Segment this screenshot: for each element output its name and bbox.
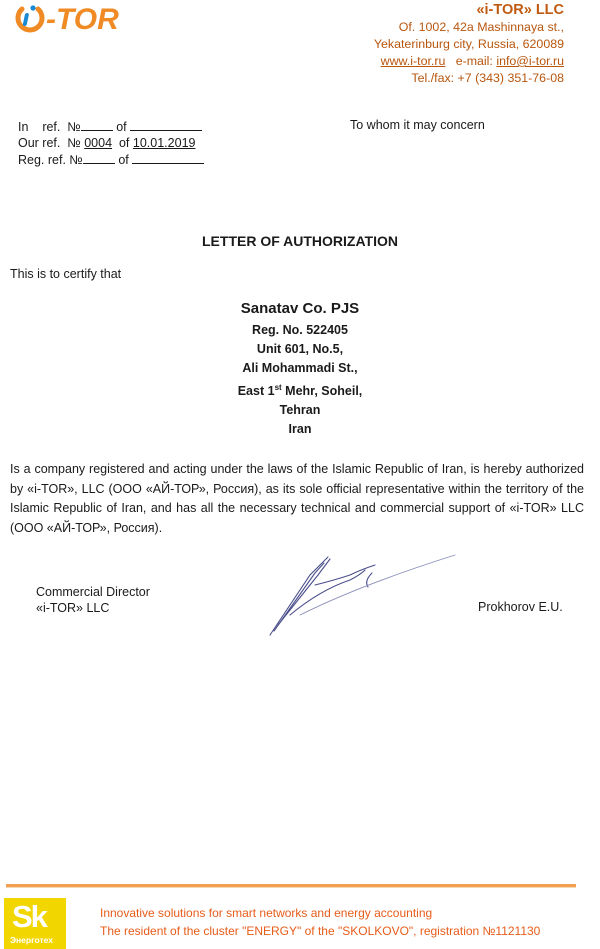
recipient: To whom it may concern xyxy=(350,118,485,132)
of-label: of xyxy=(119,136,129,150)
power-icon: -TOR xyxy=(12,0,152,36)
addressee-street: Ali Mohammadi St., xyxy=(0,359,600,378)
company-header: «i-TOR» LLC Of. 1002, 42a Mashinnaya st.… xyxy=(374,2,564,87)
of-label: of xyxy=(116,120,126,134)
email-link[interactable]: info@i-tor.ru xyxy=(496,54,564,68)
addressee-city: Tehran xyxy=(0,401,600,420)
reg-ref-line: Reg. ref. № of xyxy=(18,151,204,168)
signatory-company: «i-TOR» LLC xyxy=(36,600,150,616)
our-ref-line: Our ref. № 0004 of 10.01.2019 xyxy=(18,135,204,151)
company-name: «i-TOR» LLC xyxy=(374,2,564,19)
addressee-unit: Unit 601, No.5, xyxy=(0,340,600,359)
footer-line-1: Innovative solutions for smart networks … xyxy=(100,904,540,922)
certify-intro: This is to certify that xyxy=(10,267,121,281)
addressee-country: Iran xyxy=(0,420,600,439)
address-line-1: Of. 1002, 42a Mashinnaya st., xyxy=(374,19,564,36)
our-ref-number: 0004 xyxy=(84,136,112,150)
email-label: e-mail: xyxy=(456,54,493,68)
addressee-company: Sanatav Co. PJS xyxy=(0,297,600,321)
district-sup: st xyxy=(275,383,282,392)
our-ref-label: Our ref. № xyxy=(18,136,81,150)
signer-name: Prokhorov E.U. xyxy=(478,600,563,614)
handwritten-signature xyxy=(260,545,460,640)
footer-text: Innovative solutions for smart networks … xyxy=(100,904,540,940)
skolkovo-logo: Sk Энерготех xyxy=(4,898,66,949)
addressee-reg-no: Reg. No. 522405 xyxy=(0,321,600,340)
address-line-2: Yekaterinburg city, Russia, 620089 xyxy=(374,36,564,53)
website-link[interactable]: www.i-tor.ru xyxy=(381,54,446,68)
sk-sub: Энерготех xyxy=(10,935,53,945)
svg-text:-TOR: -TOR xyxy=(46,3,119,36)
signatory-position: Commercial Director xyxy=(36,584,150,600)
blank-field xyxy=(132,151,204,164)
blank-field xyxy=(81,118,113,131)
in-ref-line: In ref. № of xyxy=(18,118,204,135)
footer-divider xyxy=(6,884,576,888)
addressee-block: Sanatav Co. PJS Reg. No. 522405 Unit 601… xyxy=(0,297,600,439)
district-post: Mehr, Soheil, xyxy=(282,384,363,398)
district-pre: East 1 xyxy=(238,384,275,398)
of-label: of xyxy=(118,153,128,167)
phone: Tel./fax: +7 (343) 351-76-08 xyxy=(374,70,564,87)
our-ref-date: 10.01.2019 xyxy=(133,136,196,150)
blank-field xyxy=(83,151,115,164)
contact-line: www.i-tor.ru e-mail: info@i-tor.ru xyxy=(374,53,564,70)
itor-logo: -TOR xyxy=(12,0,152,36)
authorization-text: Is a company registered and acting under… xyxy=(10,460,584,538)
letter-title: LETTER OF AUTHORIZATION xyxy=(0,233,600,249)
addressee-district: East 1st Mehr, Soheil, xyxy=(0,378,600,401)
reg-ref-label: Reg. ref. № xyxy=(18,153,83,167)
signatory-title: Commercial Director «i-TOR» LLC xyxy=(36,584,150,616)
in-ref-label: In ref. № xyxy=(18,120,81,134)
reference-block: In ref. № of Our ref. № 0004 of 10.01.20… xyxy=(18,118,204,168)
blank-field xyxy=(130,118,202,131)
sk-mark: Sk xyxy=(12,900,46,934)
footer-line-2: The resident of the cluster "ENERGY" of … xyxy=(100,922,540,940)
